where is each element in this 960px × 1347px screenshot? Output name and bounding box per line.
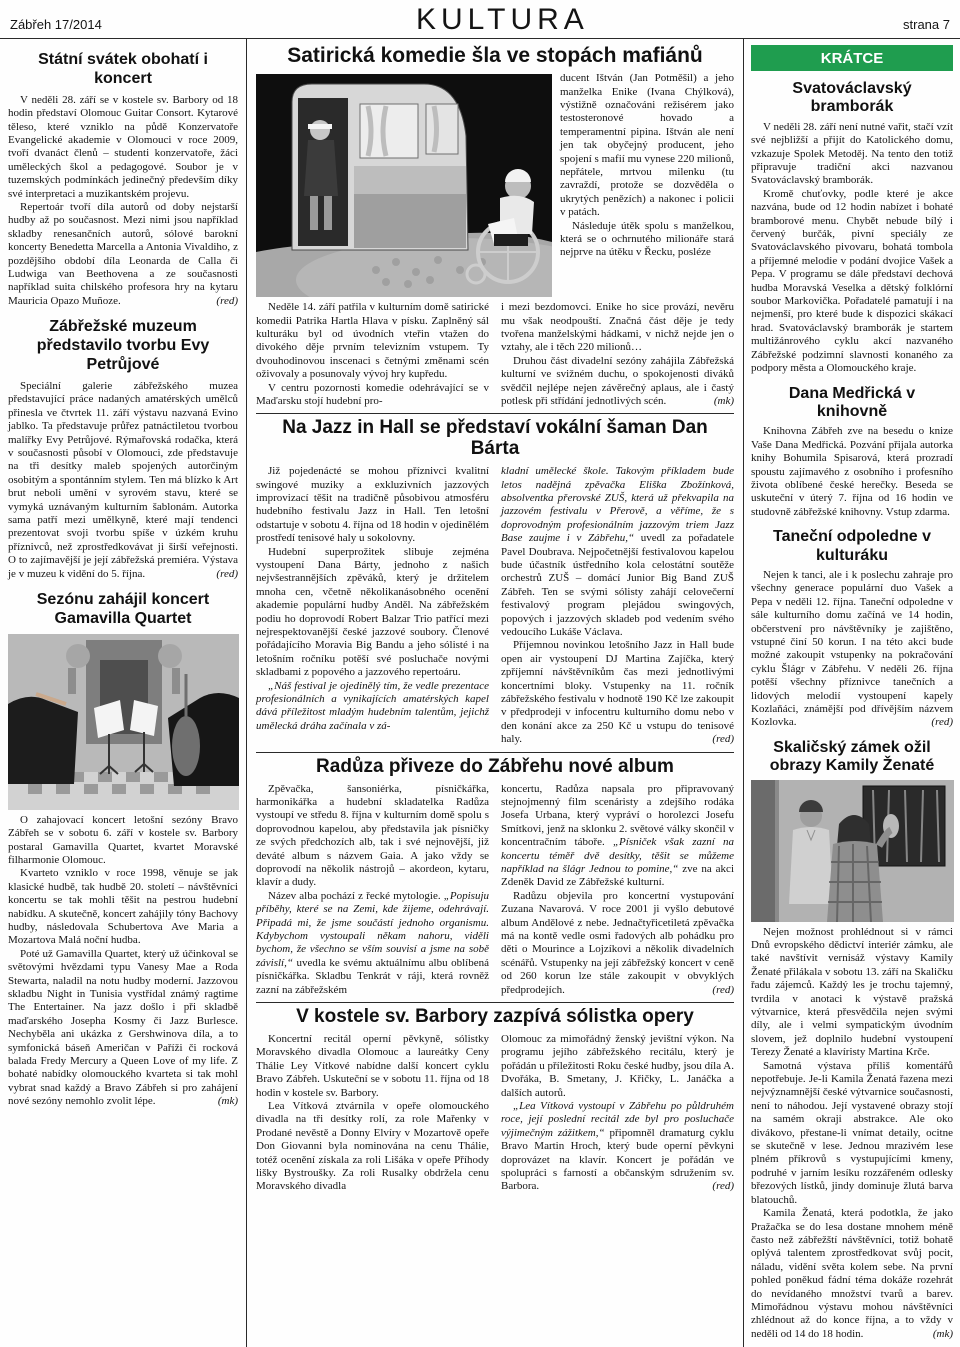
two-column-text: Již pojedenácté se mohou příznivci kvali… (256, 465, 734, 747)
middle-column: Satirická komedie šla ve stopách mafiánů (247, 39, 743, 1347)
paragraph: „Lea Vítková vystoupí v Zábřehu po půldr… (501, 1100, 734, 1194)
article-raduza: Radůza přiveze do Zábřehu nové album Zpě… (256, 757, 734, 997)
paragraph: Hudební superprožitek slibuje zejména vy… (256, 546, 489, 680)
paragraph: Nejen k tanci, ale i k poslechu zahraje … (751, 569, 953, 730)
text-column-right: Olomouc za mimořádný ženský jevištní výk… (501, 1033, 734, 1194)
byline: (red) (210, 295, 238, 308)
byline: (red) (706, 733, 734, 746)
article-heading: Sezónu zahájil koncert Gamavilla Quartet (12, 591, 234, 629)
newspaper-page: Zábřeh 17/2014 KULTURA strana 7 Státní s… (0, 0, 960, 1347)
byline: (mk) (927, 1328, 953, 1341)
byline: (mk) (212, 1095, 238, 1108)
article-jazz-in-hall: Na Jazz in Hall se představí vokální šam… (256, 418, 734, 746)
section-title: KULTURA (416, 5, 589, 35)
article-heading: Zábřežské muzeum představilo tvorbu Evy … (12, 318, 234, 375)
masthead: Zábřeh 17/2014 KULTURA strana 7 (0, 0, 960, 39)
paragraph: Poté už Gamavilla Quartet, který už účin… (8, 948, 238, 1109)
text-column-right: kladní umělecké škole. Takovým příkladem… (501, 465, 734, 747)
photo-text-row: ducent Ištván (Jan Potměšil) a jeho manž… (256, 72, 734, 301)
article-statni-svatek: Státní svátek obohatí i koncert V neděli… (8, 51, 238, 308)
paragraph: Radůzu objevila pro koncertní vystupován… (501, 890, 734, 997)
paragraph: Neděle 14. září patřila v kulturním domě… (256, 301, 489, 381)
paragraph: Olomouc za mimořádný ženský jevištní výk… (501, 1033, 734, 1100)
paragraph: ducent Ištván (Jan Potměšil) a jeho manž… (560, 72, 734, 219)
article-lea-vitkova: V kostele sv. Barbory zazpívá sólistka o… (256, 1007, 734, 1194)
article-divider (256, 752, 734, 753)
paragraph: Již pojedenácté se mohou příznivci kvali… (256, 465, 489, 545)
paragraph: i mezi bezdomovci. Enike ho sice provází… (501, 301, 734, 355)
paragraph: O zahajovací koncert letošní sezóny Brav… (8, 814, 238, 868)
vernisaz-photo (751, 780, 953, 922)
paragraph: Speciální galerie zábřežského muzea před… (8, 380, 238, 581)
article-divider (256, 1002, 734, 1003)
edition-label: Zábřeh 17/2014 (10, 17, 102, 35)
two-column-text: Neděle 14. září patřila v kulturním domě… (256, 301, 734, 408)
brief-heading: Skaličský zámek ožil obrazy Kamily Ženat… (753, 739, 951, 776)
byline: (red) (706, 984, 734, 997)
paragraph: Název alba pochází z řecké mytologie. „P… (256, 890, 489, 997)
byline: (red) (210, 568, 238, 581)
text-column-left: Již pojedenácté se mohou příznivci kvali… (256, 465, 489, 747)
brief-medricka: Dana Medřická v knihovně Knihovna Zábřeh… (751, 385, 953, 520)
article-gamavilla: Sezónu zahájil koncert Gamavilla Quartet (8, 591, 238, 1109)
paragraph: Následuje útěk spolu s manželkou, která … (560, 220, 734, 260)
hlava-v-pisku-photo (256, 74, 552, 297)
text-beside-photo: ducent Ištván (Jan Potměšil) a jeho manž… (560, 72, 734, 301)
article-heading: Radůza přiveze do Zábřehu nové album (256, 757, 734, 778)
paragraph: Repertoár tvoří díla autorů od doby nejs… (8, 201, 238, 308)
page-number: strana 7 (903, 17, 950, 35)
brief-skalicka: Skaličský zámek ožil obrazy Kamily Ženat… (751, 739, 953, 1341)
paragraph: kladní umělecké škole. Takovým příkladem… (501, 465, 734, 639)
paragraph: „Náš festival je ojedinělý tím, že vedle… (256, 680, 489, 734)
paragraph: Nejen možnost prohlédnout si v rámci Dnů… (751, 926, 953, 1060)
paragraph: Samotná výstava příliš komentářů nepotře… (751, 1060, 953, 1207)
kratce-header: KRÁTCE (751, 45, 953, 71)
paragraph: Druhou část divadelní sezóny zahájila Zá… (501, 355, 734, 409)
paragraph: Lea Vítková ztvárnila v opeře olomouckéh… (256, 1100, 489, 1194)
article-divider (256, 413, 734, 414)
brief-bramborak: Svatováclavský bramborák V neděli 28. zá… (751, 80, 953, 376)
text-column-left: Zpěvačka, šansoniérka, písničkářka, harm… (256, 783, 489, 998)
byline: (red) (925, 716, 953, 729)
article-satiricka-komedie: Satirická komedie šla ve stopách mafiánů (256, 44, 734, 408)
article-heading: Na Jazz in Hall se představí vokální šam… (256, 418, 734, 460)
column-grid: Státní svátek obohatí i koncert V neděli… (0, 39, 960, 1339)
article-heading: Státní svátek obohatí i koncert (12, 51, 234, 89)
text-column-left: Neděle 14. září patřila v kulturním domě… (256, 301, 489, 408)
paragraph: Kvarteto vzniklo v roce 1998, věnuje se … (8, 867, 238, 947)
paragraph: Kromě chuťovky, podle které je akce nazv… (751, 188, 953, 376)
paragraph: koncertu, Radůza napsala pro připravovan… (501, 783, 734, 890)
two-column-text: Koncertní recitál operní pěvkyně, sólist… (256, 1033, 734, 1194)
paragraph: Koncertní recitál operní pěvkyně, sólist… (256, 1033, 489, 1100)
gamavilla-quartet-photo (8, 634, 238, 810)
paragraph: Knihovna Zábřeh zve na besedu o knize Va… (751, 425, 953, 519)
brief-heading: Dana Medřická v knihovně (753, 385, 951, 422)
left-column: Státní svátek obohatí i koncert V neděli… (0, 39, 247, 1347)
paragraph: V centru pozornosti komedie odehrávající… (256, 382, 489, 409)
article-muzeum-petrujova: Zábřežské muzeum představilo tvorbu Evy … (8, 318, 238, 581)
text-column-right: i mezi bezdomovci. Enike ho sice provází… (501, 301, 734, 408)
two-column-text: Zpěvačka, šansoniérka, písničkářka, harm… (256, 783, 734, 998)
text-column-left: Koncertní recitál operní pěvkyně, sólist… (256, 1033, 489, 1194)
paragraph: V neděli 28. září se v kostele sv. Barbo… (8, 94, 238, 201)
paragraph: Zpěvačka, šansoniérka, písničkářka, harm… (256, 783, 489, 890)
brief-heading: Svatováclavský bramborák (753, 80, 951, 117)
kratce-column: KRÁTCE Svatováclavský bramborák V neděli… (743, 39, 960, 1347)
paragraph: Kamila Ženatá, která podotkla, že jako P… (751, 1207, 953, 1341)
paragraph: V neděli 28. září není nutné vařit, stač… (751, 121, 953, 188)
brief-heading: Taneční odpoledne v kulturáku (753, 528, 951, 565)
paragraph: Příjemnou novinkou letošního Jazz in Hal… (501, 639, 734, 746)
article-heading: Satirická komedie šla ve stopách mafiánů (256, 44, 734, 67)
byline: (red) (706, 1180, 734, 1193)
byline: (mk) (708, 395, 734, 408)
article-heading: V kostele sv. Barbory zazpívá sólistka o… (256, 1007, 734, 1028)
brief-tanecni: Taneční odpoledne v kulturáku Nejen k ta… (751, 528, 953, 730)
text-column-right: koncertu, Radůza napsala pro připravovan… (501, 783, 734, 998)
